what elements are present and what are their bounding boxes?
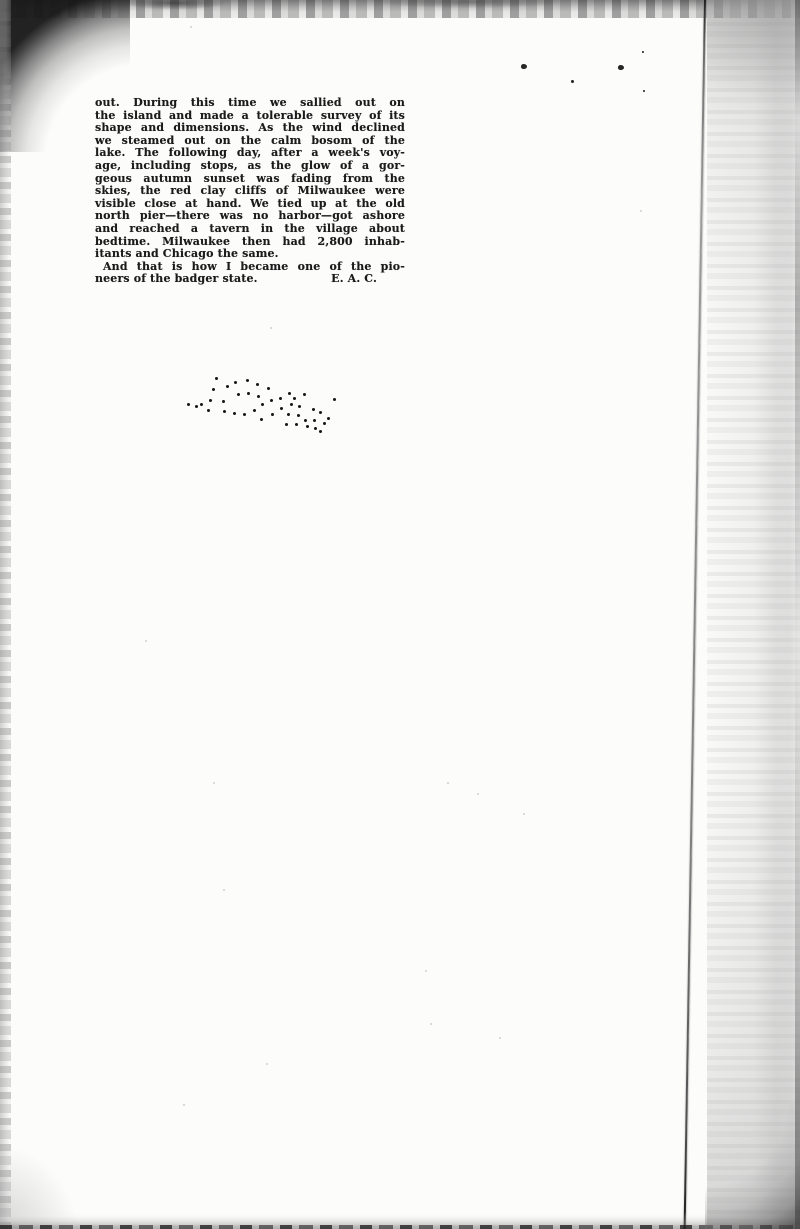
stamp-dot (226, 385, 229, 388)
dust-speck (447, 782, 449, 784)
stamp-dot (253, 409, 256, 412)
dust-speck (499, 1037, 501, 1039)
stamp-dot (270, 399, 273, 402)
scan-artifact-bottom-edge (0, 1212, 800, 1229)
stamp-dot (207, 409, 210, 412)
stamp-dot (267, 387, 270, 390)
clipping-line: out. During this time we sallied out on (95, 97, 405, 110)
scan-artifact-bottom-right-corner (705, 1104, 800, 1229)
dust-speck (223, 889, 225, 891)
scan-artifact-left-edge (0, 0, 11, 1229)
scan-artifact-right-edge (795, 0, 800, 1229)
stamp-dot (327, 417, 330, 420)
dust-speck (640, 210, 642, 212)
stamp-dot (209, 399, 212, 402)
stamp-dot (260, 418, 263, 421)
dust-speck (266, 1063, 268, 1065)
clipping-line-text: neers of the badger state. (95, 273, 258, 286)
stamp-dot (271, 413, 274, 416)
stamp-dot (333, 398, 336, 401)
scanned-page: out. During this time we sallied out ont… (0, 0, 800, 1229)
stamp-dot (247, 392, 250, 395)
dust-speck (430, 1023, 432, 1025)
scan-artifact-right-margin-shading (707, 0, 800, 1229)
stamp-dot (212, 388, 215, 391)
scan-artifact-bottom-left-corner (0, 1119, 90, 1229)
stamp-dot (237, 393, 240, 396)
dust-speck (183, 1104, 185, 1106)
dust-speck (523, 813, 525, 815)
clipping-line: itants and Chicago the same. (95, 248, 405, 261)
stamp-dot (312, 408, 315, 411)
stamp-dot (200, 403, 203, 406)
stamp-dot (215, 377, 218, 380)
stamp-dot (257, 395, 260, 398)
ink-speck (521, 64, 527, 69)
stamp-dot (261, 403, 264, 406)
ink-speck (643, 90, 645, 92)
stamp-dot (297, 414, 300, 417)
newspaper-clipping: out. During this time we sallied out ont… (95, 97, 405, 286)
clipping-line: age, including stops, as the glow of a g… (95, 160, 405, 173)
stamp-dot (222, 400, 225, 403)
stamp-dot (314, 427, 317, 430)
stamp-dot (290, 403, 293, 406)
scan-artifact-top-edge (0, 0, 800, 18)
clipping-line: skies, the red clay cliffs of Milwaukee … (95, 185, 405, 198)
stamp-dot (293, 397, 296, 400)
stamp-dot (304, 419, 307, 422)
stamp-dot (246, 379, 249, 382)
stamp-dot (233, 412, 236, 415)
stamp-dot (195, 405, 198, 408)
dust-speck (145, 640, 147, 642)
dust-speck (213, 782, 215, 784)
clipping-line: neers of the badger state.E. A. C. (95, 273, 405, 286)
clipping-line: and reached a tavern in the village abou… (95, 223, 405, 236)
stamp-dot (287, 413, 290, 416)
stamp-dot (323, 422, 326, 425)
author-initials: E. A. C. (331, 273, 377, 286)
stamp-dot (280, 407, 283, 410)
stamp-dot (187, 403, 190, 406)
stamp-dot (279, 397, 282, 400)
stamp-dot (319, 411, 322, 414)
stamp-dot (234, 381, 237, 384)
dust-speck (190, 26, 192, 28)
stamp-dot (243, 413, 246, 416)
dust-speck (270, 327, 272, 329)
stamp-dot (223, 410, 226, 413)
stamp-dot (303, 393, 306, 396)
stamp-dot (288, 392, 291, 395)
ink-speck (618, 65, 624, 70)
clipping-line: shape and dimensions. As the wind declin… (95, 122, 405, 135)
ink-speck (642, 51, 644, 53)
stamp-dot (298, 405, 301, 408)
stamp-dot (319, 430, 322, 433)
stamp-dot (285, 423, 288, 426)
scan-artifact-fold-line (684, 0, 706, 1229)
dust-speck (425, 970, 427, 972)
stamp-dot (313, 419, 316, 422)
ink-speck (571, 80, 574, 83)
stamp-dot (256, 383, 259, 386)
dust-speck (477, 793, 479, 795)
stamp-dot (295, 423, 298, 426)
stamp-dot (306, 425, 309, 428)
